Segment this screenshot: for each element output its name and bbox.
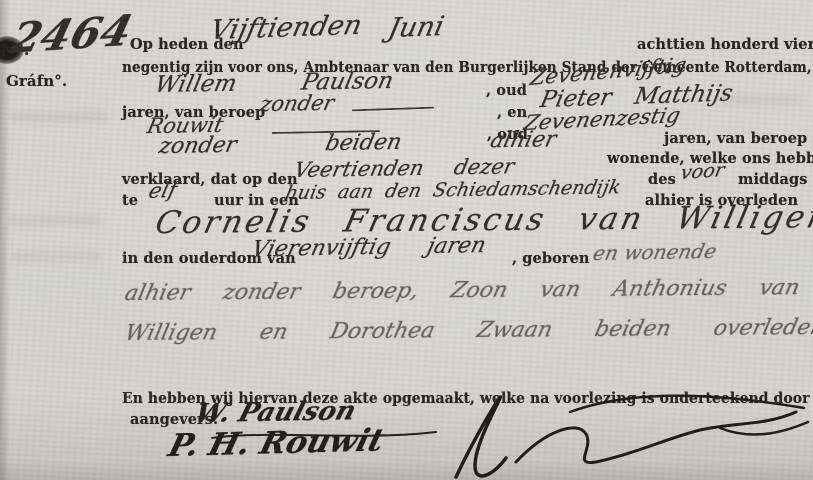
signature-registrar (420, 382, 812, 480)
bleed-through-mark (4, 216, 100, 225)
filler-dash (352, 107, 434, 112)
printed-year-fragment: achttien honderd vier en (637, 36, 813, 53)
handwritten-occupation-1: zonder (258, 91, 337, 116)
printed-verklaard: verklaard, dat op den (122, 171, 298, 188)
handwritten-parentage-line1: alhier zonder beroep, Zoon van Anthonius… (122, 275, 802, 306)
bleed-through-mark (720, 96, 800, 104)
signature-declarant2: P. H. Rouwit (165, 422, 388, 464)
handwritten-daypart: voor (679, 159, 727, 184)
bleed-through-mark (10, 252, 100, 261)
printed-oud-1: , oud (486, 82, 527, 99)
printed-geboren: , geboren (512, 250, 590, 267)
bleed-through-mark (8, 112, 108, 122)
margin-grafn-label: Gráfn°. (6, 72, 67, 90)
printed-jaren-beroep-2: jaren, van beroep (664, 130, 807, 147)
handwritten-en-wonende: en wonende (591, 239, 719, 265)
printed-middags: middags (738, 171, 808, 188)
act-number-handwritten: 2464 (6, 6, 138, 63)
handwritten-day: Vijftienden (207, 10, 364, 46)
handwritten-parentage-line2: Willigen en Dorothea Zwaan beiden overle… (122, 315, 813, 346)
printed-des: des (648, 171, 676, 188)
handwritten-deceased-age: Vierenvijftig jaren (249, 233, 488, 262)
printed-en: , en (497, 104, 527, 121)
printed-te: te (122, 192, 138, 209)
death-certificate-scan: N°. 2464 Gráfn°. Op heden den Vijftiende… (0, 0, 813, 480)
handwritten-month: Juni (385, 11, 446, 44)
handwritten-hour: elf (146, 178, 179, 203)
handwritten-death-location: huis aan den Schiedamschendijk (283, 176, 622, 204)
